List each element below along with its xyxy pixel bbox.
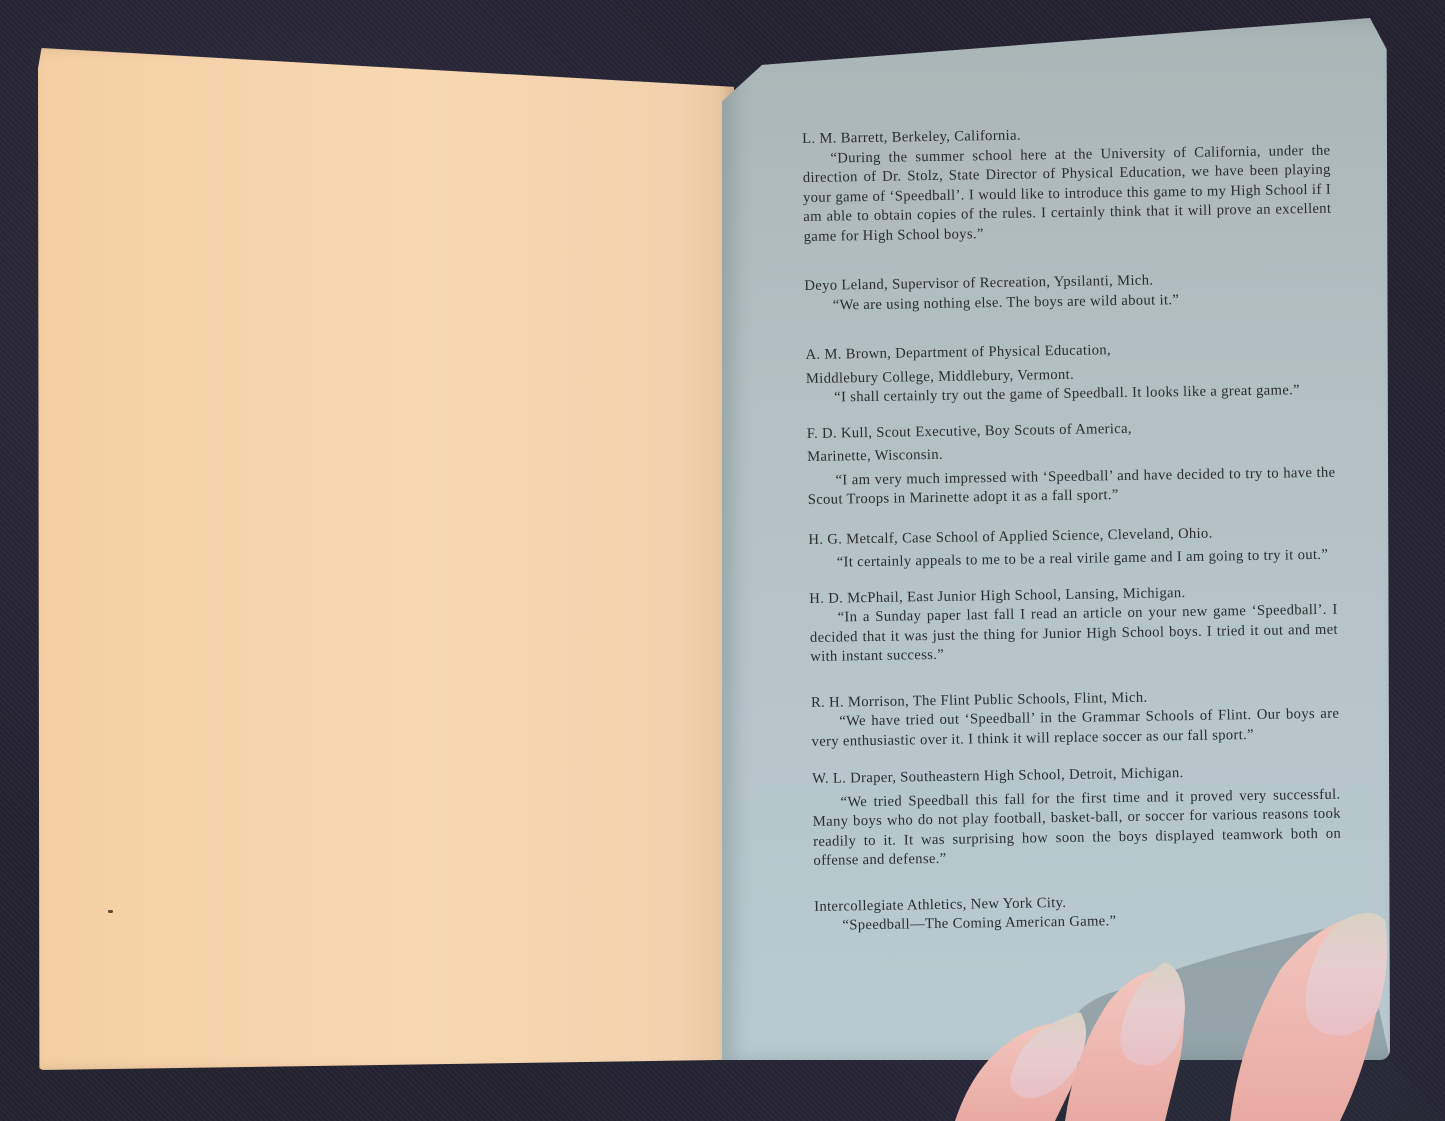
testimonial-name: F. D. Kull, Scout Executive, Boy Scouts … — [807, 416, 1335, 444]
testimonial-metcalf: H. G. Metcalf, Case School of Applied Sc… — [808, 522, 1337, 573]
testimonial-mcphail: H. D. McPhail, East Junior High School, … — [809, 581, 1338, 667]
testimonial-draper: W. L. Draper, Southeastern High School, … — [812, 762, 1342, 872]
testimonial-quote: “I am very much impressed with ‘Speedbal… — [807, 463, 1336, 510]
testimonial-quote: “We have tried out ‘Speedball’ in the Gr… — [811, 705, 1340, 752]
testimonial-kull: F. D. Kull, Scout Executive, Boy Scouts … — [807, 416, 1336, 510]
testimonial-barrett: L. M. Barrett, Berkeley, California. “Du… — [802, 122, 1332, 247]
testimonial-quote: “We tried Speedball this fall for the fi… — [812, 785, 1341, 871]
testimonials-text: L. M. Barrett, Berkeley, California. “Du… — [802, 122, 1343, 937]
paper-spot — [108, 910, 113, 913]
testimonial-name: A. M. Brown, Department of Physical Educ… — [805, 338, 1333, 366]
testimonial-quote: “During the summer school here at the Un… — [802, 141, 1331, 247]
testimonial-intercollegiate: Intercollegiate Athletics, New York City… — [814, 889, 1343, 936]
testimonial-quote: “In a Sunday paper last fall I read an a… — [810, 601, 1339, 668]
testimonial-morrison: R. H. Morrison, The Flint Public Schools… — [811, 685, 1340, 752]
testimonial-leland: Deyo Leland, Supervisor of Recreation, Y… — [804, 269, 1333, 316]
left-page-blank — [38, 48, 734, 1070]
testimonial-brown: A. M. Brown, Department of Physical Educ… — [805, 338, 1334, 409]
